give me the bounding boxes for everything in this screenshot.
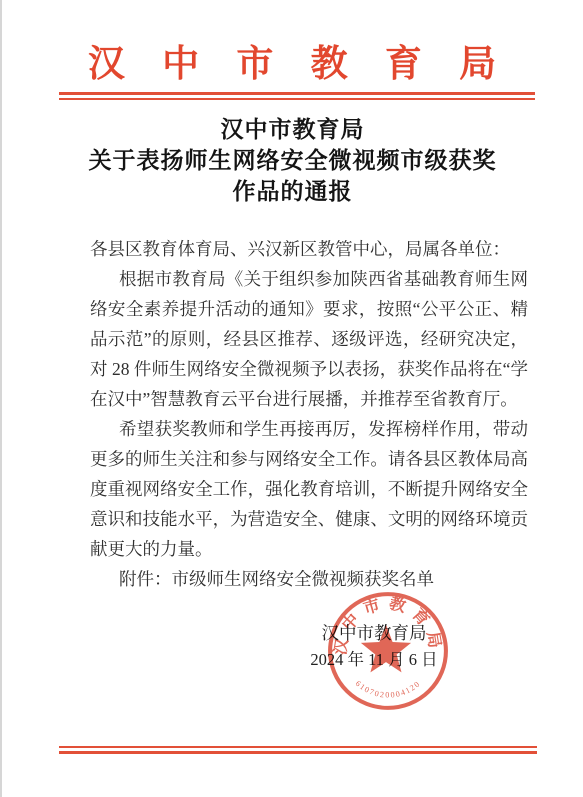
letterhead-red-divider xyxy=(59,92,535,100)
seal-star-icon xyxy=(361,625,411,673)
official-seal-stamp-icon: 汉中市教育局 6107020004120 xyxy=(325,589,451,713)
document-title-line-1: 汉中市教育局 xyxy=(2,114,583,145)
document-title-line-2: 关于表扬师生网络安全微视频市级获奖 xyxy=(2,145,583,176)
seal-code-arc-text: 6107020004120 xyxy=(354,679,423,700)
salutation-line: 各县区教育体育局、兴汉新区教管中心，局属各单位： xyxy=(90,234,528,264)
document-body: 各县区教育体育局、兴汉新区教管中心，局属各单位： 根据市教育局《关于组织参加陕西… xyxy=(90,234,528,594)
letterhead-agency-name: 汉 中 市 教 育 局 xyxy=(2,33,583,87)
document-title-line-3: 作品的通报 xyxy=(2,176,583,207)
official-document-page: 汉 中 市 教 育 局 汉中市教育局 关于表扬师生网络安全微视频市级获奖 作品的… xyxy=(0,0,583,797)
attachment-line: 附件：市级师生网络安全微视频获奖名单 xyxy=(90,564,528,594)
footer-red-divider xyxy=(59,746,537,754)
document-title: 汉中市教育局 关于表扬师生网络安全微视频市级获奖 作品的通报 xyxy=(2,114,583,207)
body-paragraph-1: 根据市教育局《关于组织参加陕西省基础教育师生网络安全素养提升活动的通知》要求，按… xyxy=(90,264,528,414)
body-paragraph-2: 希望获奖教师和学生再接再厉，发挥榜样作用，带动更多的师生关注和参与网络安全工作。… xyxy=(90,414,528,564)
